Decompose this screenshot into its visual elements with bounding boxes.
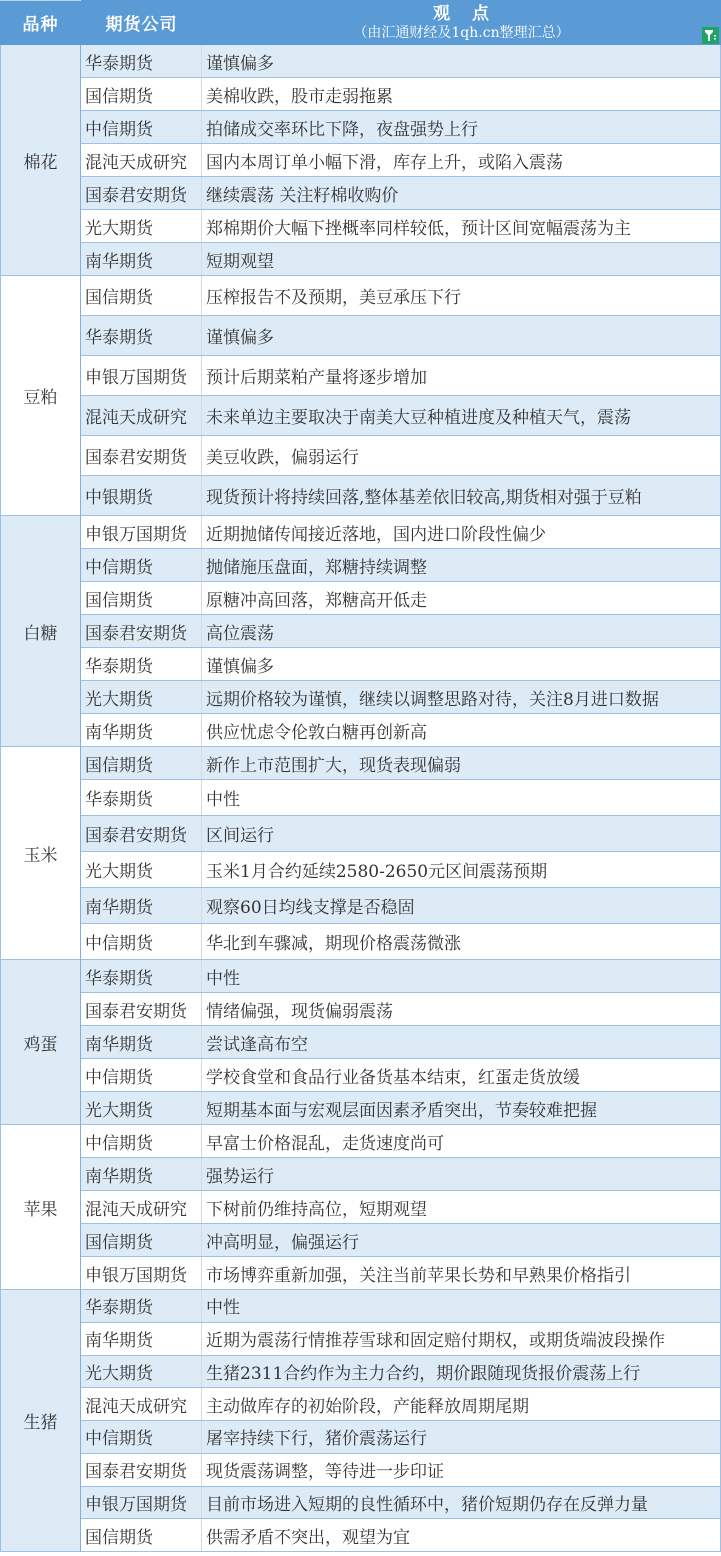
- variety-group: 苹果中信期货早富士价格混乱，走货速度尚可南华期货强势运行混沌天成研究下树前仍维持…: [0, 1125, 721, 1290]
- opinion-cell[interactable]: 目前市场进入短期的良性循环中，猪价短期仍存在反弹力量: [202, 1487, 720, 1519]
- company-cell[interactable]: 南华期货: [81, 888, 202, 923]
- opinion-cell[interactable]: 区间运行: [202, 816, 720, 851]
- opinion-cell[interactable]: 观察60日均线支撑是否稳固: [202, 888, 720, 923]
- opinion-cell[interactable]: 冲高明显，偏强运行: [202, 1224, 720, 1256]
- opinion-cell[interactable]: 远期价格较为谨慎，继续以调整思路对待，关注8月进口数据: [202, 681, 720, 713]
- group-rows: 华泰期货中性国泰君安期货情绪偏强，现货偏弱震荡南华期货尝试逢高布空中信期货学校食…: [81, 960, 720, 1125]
- table-row: 南华期货强势运行: [81, 1158, 720, 1191]
- company-cell[interactable]: 光大期货: [81, 852, 202, 887]
- variety-group: 豆粕国信期货压榨报告不及预期，美豆承压下行华泰期货谨慎偏多申银万国期货预计后期菜…: [0, 276, 721, 516]
- opinion-cell[interactable]: 玉米1月合约延续2580-2650元区间震荡预期: [202, 852, 720, 887]
- opinion-cell[interactable]: 供应忧虑令伦敦白糖再创新高: [202, 714, 720, 746]
- table-row: 中信期货早富士价格混乱，走货速度尚可: [81, 1125, 720, 1158]
- table-row: 申银万国期货目前市场进入短期的良性循环中，猪价短期仍存在反弹力量: [81, 1487, 720, 1520]
- table-row: 国泰君安期货情绪偏强，现货偏弱震荡: [81, 993, 720, 1026]
- company-cell[interactable]: 混沌天成研究: [81, 396, 202, 435]
- table-row: 光大期货短期基本面与宏观层面因素矛盾突出，节奏较难把握: [81, 1092, 720, 1125]
- table-row: 华泰期货谨慎偏多: [81, 648, 720, 681]
- company-cell[interactable]: 国泰君安期货: [81, 177, 202, 209]
- company-cell[interactable]: 申银万国期货: [81, 516, 202, 548]
- company-cell[interactable]: 申银万国期货: [81, 1487, 202, 1519]
- variety-cell[interactable]: 白糖: [1, 516, 81, 747]
- company-cell[interactable]: 国泰君安期货: [81, 1454, 202, 1486]
- opinion-cell[interactable]: 现货震荡调整，等待进一步印证: [202, 1454, 720, 1486]
- variety-group: 生猪华泰期货中性南华期货近期为震荡行情推荐雪球和固定赔付期权，或期货端波段操作光…: [0, 1290, 721, 1552]
- table-row: 光大期货郑棉期价大幅下挫概率同样较低，预计区间宽幅震荡为主: [81, 210, 720, 243]
- table-row: 华泰期货中性: [81, 780, 720, 816]
- company-cell[interactable]: 华泰期货: [81, 960, 202, 992]
- opinion-cell[interactable]: 学校食堂和食品行业备货基本结束，红蛋走货放缓: [202, 1059, 720, 1091]
- filter-button[interactable]: [702, 27, 719, 44]
- variety-cell[interactable]: 苹果: [1, 1125, 81, 1290]
- company-cell[interactable]: 中信期货: [81, 549, 202, 581]
- table-row: 中信期货屠宰持续下行，猪价震荡运行: [81, 1421, 720, 1454]
- opinion-cell[interactable]: 情绪偏强，现货偏弱震荡: [202, 993, 720, 1025]
- company-cell[interactable]: 混沌天成研究: [81, 1191, 202, 1223]
- header-variety[interactable]: 品种: [0, 0, 81, 45]
- opinion-cell[interactable]: 短期观望: [202, 243, 720, 275]
- company-cell[interactable]: 申银万国期货: [81, 356, 202, 395]
- opinion-cell[interactable]: 强势运行: [202, 1158, 720, 1190]
- opinion-cell[interactable]: 预计后期菜粕产量将逐步增加: [202, 356, 720, 395]
- table-row: 中信期货抛储施压盘面，郑糖持续调整: [81, 549, 720, 582]
- company-cell[interactable]: 南华期货: [81, 1323, 202, 1355]
- company-cell[interactable]: 光大期货: [81, 1356, 202, 1388]
- company-cell[interactable]: 国信期货: [81, 78, 202, 110]
- table-row: 光大期货远期价格较为谨慎，继续以调整思路对待，关注8月进口数据: [81, 681, 720, 714]
- opinion-cell[interactable]: 市场博弈重新加强，关注当前苹果长势和早熟果价格指引: [202, 1257, 720, 1289]
- variety-cell[interactable]: 玉米: [1, 747, 81, 960]
- variety-cell[interactable]: 鸡蛋: [1, 960, 81, 1125]
- table-row: 国泰君安期货区间运行: [81, 816, 720, 852]
- company-cell[interactable]: 国信期货: [81, 582, 202, 614]
- company-cell[interactable]: 国信期货: [81, 276, 202, 315]
- opinion-cell[interactable]: 郑棉期价大幅下挫概率同样较低，预计区间宽幅震荡为主: [202, 210, 720, 242]
- table-row: 申银万国期货市场博弈重新加强，关注当前苹果长势和早熟果价格指引: [81, 1257, 720, 1290]
- opinion-cell[interactable]: 供需矛盾不突出，观望为宜: [202, 1519, 720, 1551]
- company-cell[interactable]: 中信期货: [81, 111, 202, 143]
- variety-cell[interactable]: 棉花: [1, 45, 81, 276]
- opinion-cell[interactable]: 拍储成交率环比下降，夜盘强势上行: [202, 111, 720, 143]
- company-cell[interactable]: 国信期货: [81, 1519, 202, 1551]
- company-cell[interactable]: 中信期货: [81, 924, 202, 959]
- opinion-cell[interactable]: 中性: [202, 780, 720, 815]
- table-row: 国信期货新作上市范围扩大，现货表现偏弱: [81, 747, 720, 780]
- table-row: 国泰君安期货现货震荡调整，等待进一步印证: [81, 1454, 720, 1487]
- table-header: 品种 期货公司 观 点 （由汇通财经及1qh.cn整理汇总）: [0, 0, 721, 45]
- opinion-cell[interactable]: 美棉收跌，股市走弱拖累: [202, 78, 720, 110]
- opinion-cell[interactable]: 生猪2311合约作为主力合约，期价跟随现货报价震荡上行: [202, 1356, 720, 1388]
- opinion-cell[interactable]: 压榨报告不及预期，美豆承压下行: [202, 276, 720, 315]
- table-row: 申银万国期货近期抛储传闻接近落地，国内进口阶段性偏少: [81, 516, 720, 549]
- company-cell[interactable]: 中信期货: [81, 1059, 202, 1091]
- table-row: 南华期货观察60日均线支撑是否稳固: [81, 888, 720, 924]
- table-row: 混沌天成研究未来单边主要取决于南美大豆种植进度及种植天气，震荡: [81, 396, 720, 436]
- opinion-cell[interactable]: 高位震荡: [202, 615, 720, 647]
- opinion-cell[interactable]: 尝试逢高布空: [202, 1026, 720, 1058]
- company-cell[interactable]: 南华期货: [81, 243, 202, 275]
- company-cell[interactable]: 国泰君安期货: [81, 615, 202, 647]
- opinion-cell[interactable]: 近期抛储传闻接近落地，国内进口阶段性偏少: [202, 516, 720, 548]
- table-row: 华泰期货中性: [81, 1290, 720, 1323]
- table-body: 棉花华泰期货谨慎偏多国信期货美棉收跌，股市走弱拖累中信期货拍储成交率环比下降，夜…: [0, 45, 721, 1552]
- table-row: 中银期货现货预计将持续回落,整体基差依旧较高,期货相对强于豆粕: [81, 476, 720, 516]
- company-cell[interactable]: 南华期货: [81, 1158, 202, 1190]
- header-company[interactable]: 期货公司: [81, 0, 202, 45]
- company-cell[interactable]: 混沌天成研究: [81, 144, 202, 176]
- company-cell[interactable]: 国泰君安期货: [81, 816, 202, 851]
- table-row: 华泰期货谨慎偏多: [81, 45, 720, 78]
- company-cell[interactable]: 国信期货: [81, 1224, 202, 1256]
- opinion-cell[interactable]: 未来单边主要取决于南美大豆种植进度及种植天气，震荡: [202, 396, 720, 435]
- table-row: 混沌天成研究下树前仍维持高位，短期观望: [81, 1191, 720, 1224]
- variety-group: 棉花华泰期货谨慎偏多国信期货美棉收跌，股市走弱拖累中信期货拍储成交率环比下降，夜…: [0, 45, 721, 276]
- table-row: 申银万国期货预计后期菜粕产量将逐步增加: [81, 356, 720, 396]
- company-cell[interactable]: 华泰期货: [81, 780, 202, 815]
- variety-cell[interactable]: 生猪: [1, 1290, 81, 1552]
- table-row: 混沌天成研究国内本周订单小幅下滑，库存上升，或陷入震荡: [81, 144, 720, 177]
- group-rows: 申银万国期货近期抛储传闻接近落地，国内进口阶段性偏少中信期货抛储施压盘面，郑糖持…: [81, 516, 720, 747]
- opinion-cell[interactable]: 近期为震荡行情推荐雪球和固定赔付期权，或期货端波段操作: [202, 1323, 720, 1355]
- header-opinion-title: 观 点: [433, 4, 490, 24]
- opinion-cell[interactable]: 早富士价格混乱，走货速度尚可: [202, 1125, 720, 1157]
- company-cell[interactable]: 国信期货: [81, 747, 202, 779]
- opinion-cell[interactable]: 下树前仍维持高位，短期观望: [202, 1191, 720, 1223]
- opinion-cell[interactable]: 现货预计将持续回落,整体基差依旧较高,期货相对强于豆粕: [202, 476, 720, 515]
- company-cell[interactable]: 国泰君安期货: [81, 436, 202, 475]
- opinion-cell[interactable]: 谨慎偏多: [202, 648, 720, 680]
- opinion-cell[interactable]: 屠宰持续下行，猪价震荡运行: [202, 1421, 720, 1453]
- opinion-cell[interactable]: 华北到车骤减，期现价格震荡微涨: [202, 924, 720, 959]
- table-row: 南华期货近期为震荡行情推荐雪球和固定赔付期权，或期货端波段操作: [81, 1323, 720, 1356]
- company-cell[interactable]: 光大期货: [81, 210, 202, 242]
- table-row: 南华期货尝试逢高布空: [81, 1026, 720, 1059]
- opinion-cell[interactable]: 抛储施压盘面，郑糖持续调整: [202, 549, 720, 581]
- group-rows: 国信期货新作上市范围扩大，现货表现偏弱华泰期货中性国泰君安期货区间运行光大期货玉…: [81, 747, 720, 960]
- company-cell[interactable]: 南华期货: [81, 1026, 202, 1058]
- table-row: 国信期货美棉收跌，股市走弱拖累: [81, 78, 720, 111]
- company-cell[interactable]: 申银万国期货: [81, 1257, 202, 1289]
- opinion-cell[interactable]: 原糖冲高回落，郑糖高开低走: [202, 582, 720, 614]
- opinion-cell[interactable]: 新作上市范围扩大，现货表现偏弱: [202, 747, 720, 779]
- company-cell[interactable]: 南华期货: [81, 714, 202, 746]
- table-row: 混沌天成研究主动做库存的初始阶段，产能释放周期尾期: [81, 1388, 720, 1421]
- company-cell[interactable]: 国泰君安期货: [81, 993, 202, 1025]
- group-rows: 华泰期货中性南华期货近期为震荡行情推荐雪球和固定赔付期权，或期货端波段操作光大期…: [81, 1290, 720, 1552]
- header-opinion-subtitle: （由汇通财经及1qh.cn整理汇总）: [353, 24, 569, 42]
- table-row: 国泰君安期货高位震荡: [81, 615, 720, 648]
- table-row: 中信期货华北到车骤减，期现价格震荡微涨: [81, 924, 720, 960]
- group-rows: 中信期货早富士价格混乱，走货速度尚可南华期货强势运行混沌天成研究下树前仍维持高位…: [81, 1125, 720, 1290]
- table-row: 华泰期货中性: [81, 960, 720, 993]
- table-row: 光大期货生猪2311合约作为主力合约，期价跟随现货报价震荡上行: [81, 1356, 720, 1389]
- variety-cell[interactable]: 豆粕: [1, 276, 81, 516]
- filter-icon: [704, 29, 717, 42]
- company-cell[interactable]: 混沌天成研究: [81, 1388, 202, 1420]
- group-rows: 华泰期货谨慎偏多国信期货美棉收跌，股市走弱拖累中信期货拍储成交率环比下降，夜盘强…: [81, 45, 720, 276]
- company-cell[interactable]: 光大期货: [81, 1092, 202, 1124]
- table-row: 国泰君安期货继续震荡 关注籽棉收购价: [81, 177, 720, 210]
- company-cell[interactable]: 光大期货: [81, 681, 202, 713]
- opinion-cell[interactable]: 中性: [202, 1290, 720, 1322]
- variety-group: 白糖申银万国期货近期抛储传闻接近落地，国内进口阶段性偏少中信期货抛储施压盘面，郑…: [0, 516, 721, 747]
- table-row: 国信期货压榨报告不及预期，美豆承压下行: [81, 276, 720, 316]
- company-cell[interactable]: 中银期货: [81, 476, 202, 515]
- opinion-cell[interactable]: 国内本周订单小幅下滑，库存上升，或陷入震荡: [202, 144, 720, 176]
- company-cell[interactable]: 华泰期货: [81, 45, 202, 77]
- opinion-cell[interactable]: 谨慎偏多: [202, 316, 720, 355]
- table-row: 国信期货供需矛盾不突出，观望为宜: [81, 1519, 720, 1552]
- company-cell[interactable]: 华泰期货: [81, 316, 202, 355]
- company-cell[interactable]: 中信期货: [81, 1421, 202, 1453]
- table-row: 国信期货冲高明显，偏强运行: [81, 1224, 720, 1257]
- company-cell[interactable]: 华泰期货: [81, 648, 202, 680]
- opinion-cell[interactable]: 主动做库存的初始阶段，产能释放周期尾期: [202, 1388, 720, 1420]
- table-row: 国泰君安期货美豆收跌，偏弱运行: [81, 436, 720, 476]
- opinion-cell[interactable]: 美豆收跌，偏弱运行: [202, 436, 720, 475]
- table-row: 光大期货玉米1月合约延续2580-2650元区间震荡预期: [81, 852, 720, 888]
- table-row: 国信期货原糖冲高回落，郑糖高开低走: [81, 582, 720, 615]
- table-row: 中信期货学校食堂和食品行业备货基本结束，红蛋走货放缓: [81, 1059, 720, 1092]
- company-cell[interactable]: 华泰期货: [81, 1290, 202, 1322]
- futures-opinion-table: 品种 期货公司 观 点 （由汇通财经及1qh.cn整理汇总） 棉花华泰期货谨慎偏…: [0, 0, 721, 1552]
- table-row: 南华期货短期观望: [81, 243, 720, 276]
- variety-group: 玉米国信期货新作上市范围扩大，现货表现偏弱华泰期货中性国泰君安期货区间运行光大期…: [0, 747, 721, 960]
- opinion-cell[interactable]: 中性: [202, 960, 720, 992]
- table-row: 南华期货供应忧虑令伦敦白糖再创新高: [81, 714, 720, 747]
- variety-group: 鸡蛋华泰期货中性国泰君安期货情绪偏强，现货偏弱震荡南华期货尝试逢高布空中信期货学…: [0, 960, 721, 1125]
- group-rows: 国信期货压榨报告不及预期，美豆承压下行华泰期货谨慎偏多申银万国期货预计后期菜粕产…: [81, 276, 720, 516]
- opinion-cell[interactable]: 谨慎偏多: [202, 45, 720, 77]
- company-cell[interactable]: 中信期货: [81, 1125, 202, 1157]
- opinion-cell[interactable]: 短期基本面与宏观层面因素矛盾突出，节奏较难把握: [202, 1092, 720, 1124]
- opinion-cell[interactable]: 继续震荡 关注籽棉收购价: [202, 177, 720, 209]
- table-row: 中信期货拍储成交率环比下降，夜盘强势上行: [81, 111, 720, 144]
- header-opinion[interactable]: 观 点 （由汇通财经及1qh.cn整理汇总）: [202, 0, 721, 45]
- table-row: 华泰期货谨慎偏多: [81, 316, 720, 356]
